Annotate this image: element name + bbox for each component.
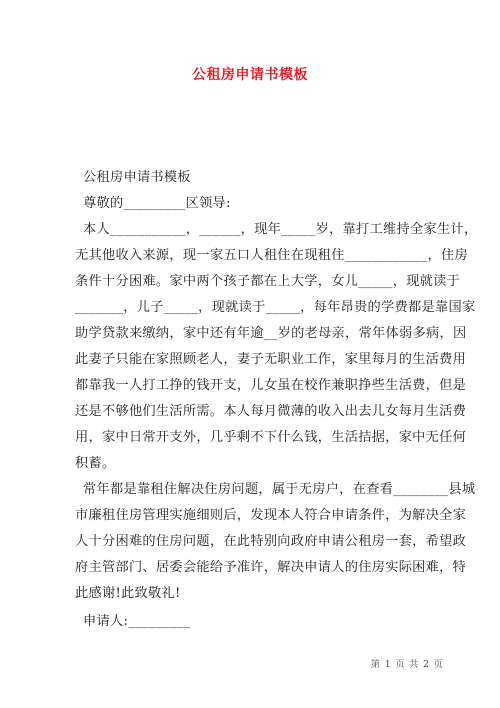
paragraph-1-line: 用，家中日常开支外，几乎剩不下什么钱，生活拮据，家中无任何 [75, 430, 435, 446]
applicant-signature: 申请人:_________ [83, 614, 443, 630]
paragraph-1-line: 都靠我一人打工挣的钱开支，儿女虽在校作兼职挣些生活费，但是 [75, 378, 435, 394]
salutation: 尊敬的_________区领导: [83, 196, 443, 212]
paragraph-1-line: 条件十分困难。家中两个孩子都在上大学，女儿_____，现就读于 [75, 274, 435, 290]
paragraph-1-line: 还是不够他们生活所需。本人每月微薄的收入出去儿女每月生活费 [75, 404, 435, 420]
paragraph-2-line: 此感谢!此致敬礼! [75, 586, 435, 602]
page-number: 第 1 页 共 2 页 [371, 657, 444, 670]
paragraph-1-line: 无其他收入来源，现一家五口人租住在现租住____________，住房 [75, 248, 435, 264]
paragraph-2-line: 市廉租住房管理实施细则后，发现本人符合申请条件，为解决全家 [75, 508, 435, 524]
subtitle: 公租房申请书模板 [83, 170, 443, 186]
paragraph-1-line: 本人___________，______，现年_____岁，靠打工维持全家生计， [83, 222, 443, 238]
paragraph-1-line: 助学贷款来缴纳，家中还有年逾__岁的老母亲，常年体弱多病，因 [75, 326, 435, 342]
paragraph-2-line: 常年都是靠租住解决住房问题，属于无房户，在查看________县城 [83, 482, 443, 498]
document-title: 公租房申请书模板 [0, 64, 500, 84]
paragraph-1-line: 积蓄。 [75, 456, 435, 472]
paragraph-2-line: 人十分困难的住房问题，在此特别向政府申请公租房一套，希望政 [75, 534, 435, 550]
paragraph-2-line: 府主管部门、居委会能给予准许，解决申请人的住房实际困难，特 [75, 560, 435, 576]
paragraph-1-line: _______，儿子_____，现就读于_____，每年昂贵的学费都是靠国家 [75, 300, 435, 316]
paragraph-1-line: 此妻子只能在家照顾老人，妻子无职业工作，家里每月的生活费用 [75, 352, 435, 368]
